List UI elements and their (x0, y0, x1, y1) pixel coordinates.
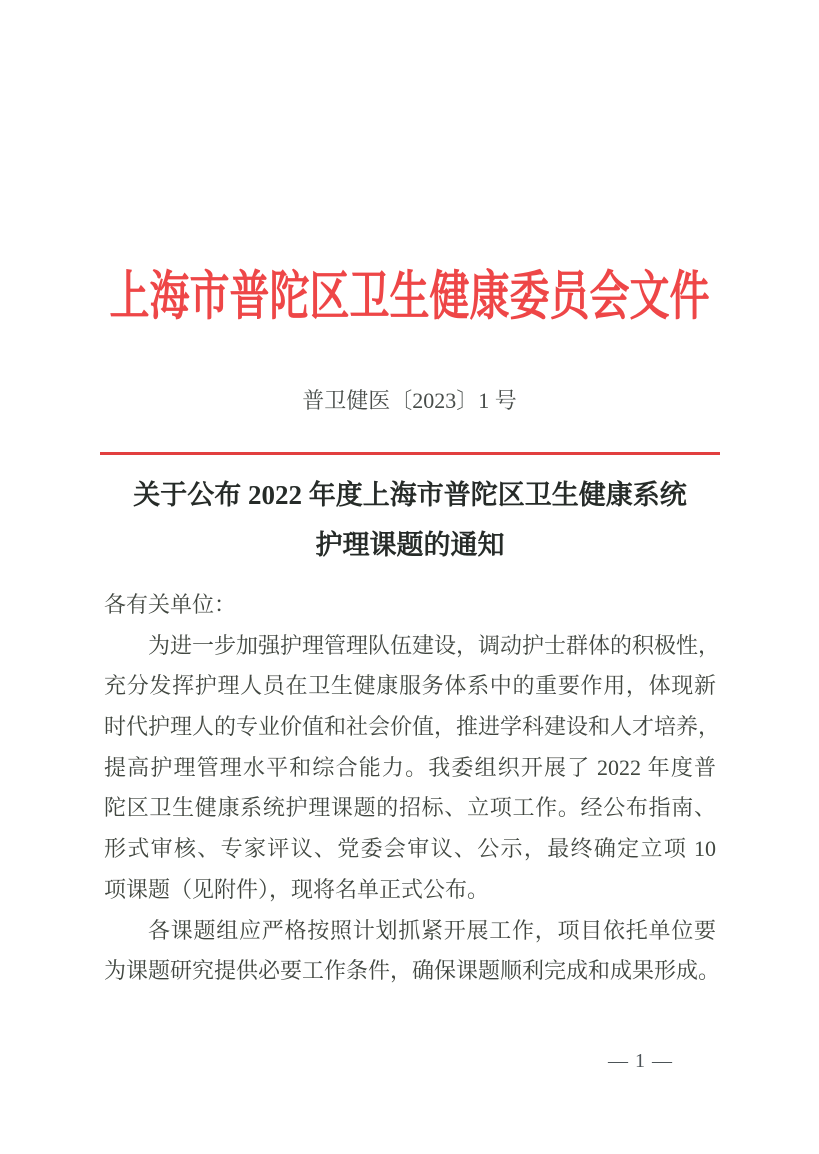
body-text: 各有关单位： 为进一步加强护理管理队伍建设，调动护士群体的积极性， 充分发挥护理… (104, 585, 716, 992)
org-title: 上海市普陀区卫生健康委员会文件 (0, 268, 819, 326)
body-line: 时代护理人的专业价值和社会价值，推进学科建设和人才培养， (104, 707, 716, 748)
page-number: — 1 — (608, 1050, 673, 1073)
body-line: 各课题组应严格按照计划抓紧开展工作，项目依托单位要 (104, 911, 716, 952)
document-page: 上海市普陀区卫生健康委员会文件 普卫健医〔2023〕1 号 关于公布 2022 … (0, 0, 819, 1154)
doc-title-line-2: 护理课题的通知 (100, 520, 720, 570)
body-line: 充分发挥护理人员在卫生健康服务体系中的重要作用，体现新 (104, 666, 716, 707)
body-line: 提高护理管理水平和综合能力。我委组织开展了 2022 年度普 (104, 748, 716, 789)
body-line: 形式审核、专家评议、党委会审议、公示，最终确定立项 10 (104, 829, 716, 870)
body-line: 为课题研究提供必要工作条件，确保课题顺利完成和成果形成。 (104, 951, 716, 992)
doc-title: 关于公布 2022 年度上海市普陀区卫生健康系统 护理课题的通知 (100, 470, 720, 570)
red-separator-line (100, 452, 720, 455)
doc-title-line-1: 关于公布 2022 年度上海市普陀区卫生健康系统 (100, 470, 720, 520)
body-line: 项课题（见附件），现将名单正式公布。 (104, 870, 716, 911)
doc-number: 普卫健医〔2023〕1 号 (0, 384, 819, 415)
salutation: 各有关单位： (104, 585, 716, 626)
body-line: 为进一步加强护理管理队伍建设，调动护士群体的积极性， (104, 626, 716, 667)
body-line: 陀区卫生健康系统护理课题的招标、立项工作。经公布指南、 (104, 788, 716, 829)
